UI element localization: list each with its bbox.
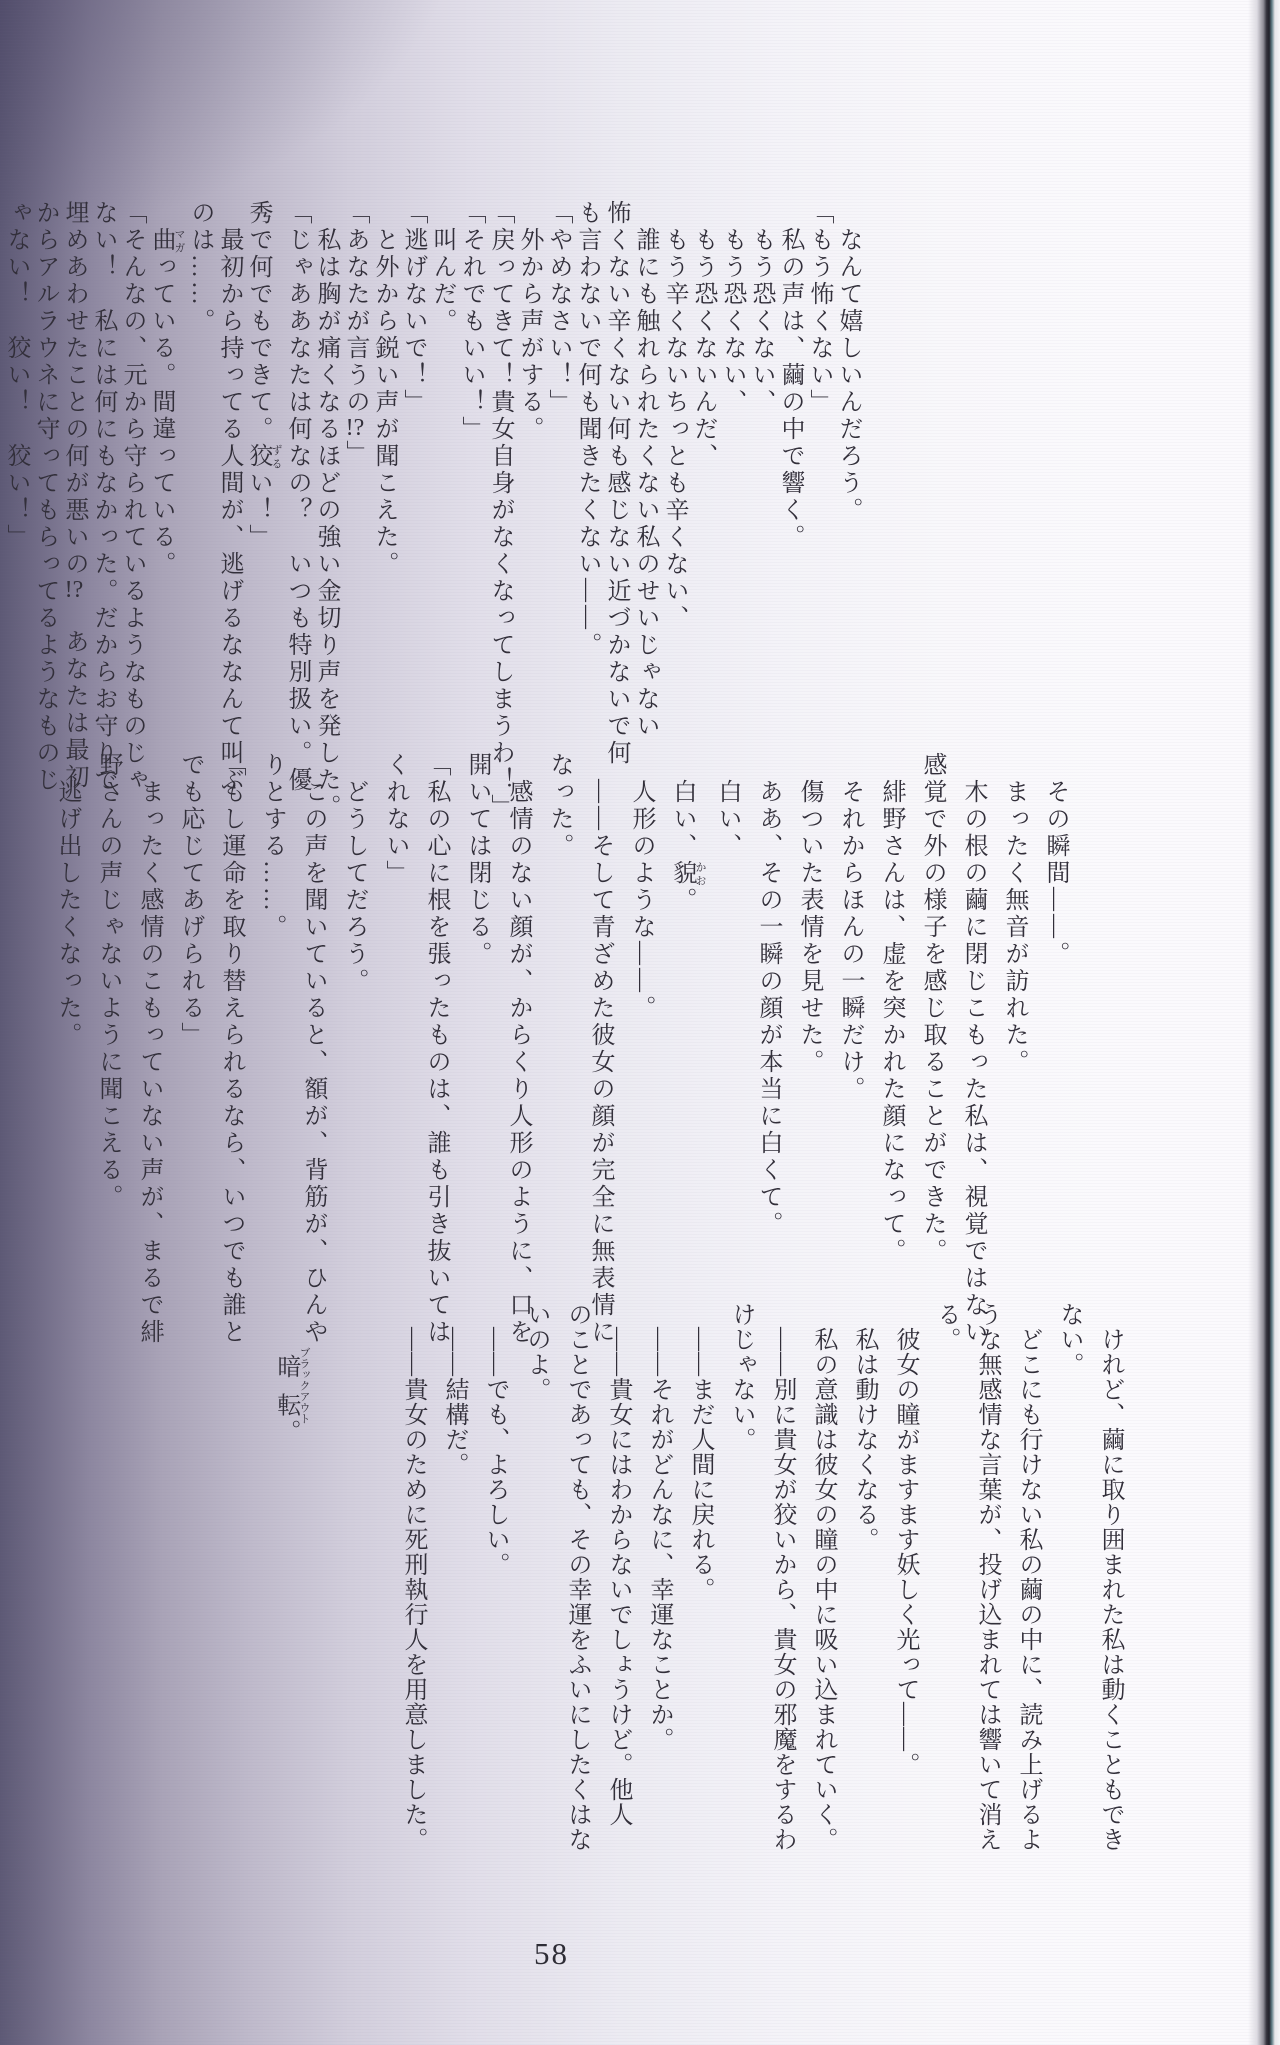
text-line: ない。 (1048, 1302, 1089, 1862)
text-line: ああ、その一瞬の顔が本当に白くて。 (747, 752, 788, 1352)
text-line: けじゃない。 (720, 1302, 761, 1862)
text-line: 私の意識は彼女の瞳の中に吸い込まれていく。 (802, 1302, 843, 1862)
text-line: ――でも、よろしい。 (474, 1302, 515, 1862)
text-line: 開いては閉じる。 (456, 752, 497, 1352)
text-line: りとする……。 (251, 752, 292, 1352)
text-line: 逃げ出したくなった。 (46, 752, 87, 1352)
text-line: る。 (925, 1302, 966, 1862)
text-line: どうしてだろう。 (333, 752, 374, 1352)
text-line: その瞬間――。 (1034, 752, 1075, 1352)
page-edge-shadow (1248, 0, 1280, 2045)
text-line (351, 1302, 392, 1862)
text-line: ――貴女のために死刑執行人を用意しました。 (392, 1302, 433, 1862)
text-line: けれど、繭に取り囲まれた私は動くこともでき (1089, 1302, 1130, 1862)
book-page: { "page": { "number": "58" }, "colors": … (0, 0, 1280, 2045)
text-line: 暗転ブラックアウト。 (265, 1302, 310, 1862)
text-line: 感情のない顔が、からくり人形のように、口を (497, 752, 538, 1352)
text-line: 「私の心に根を張ったものは、誰も引き抜いては (415, 752, 456, 1352)
text-line: うな無感情な言葉が、投げ込まれては響いて消え (966, 1302, 1007, 1862)
text-line: まったく無音が訪れた。 (993, 752, 1034, 1352)
text-line: 彼女の瞳がますます妖しく光って――。 (884, 1302, 925, 1862)
text-line: のことであっても、その幸運をふいにしたくはな (556, 1302, 597, 1862)
text-line: 野さんの声じゃないように聞こえる。 (87, 752, 128, 1352)
page-number: 58 (534, 1936, 569, 1972)
text-line: まったく感情のこもっていない声が、まるで緋 (128, 752, 169, 1352)
text-band-2: その瞬間――。 まったく無音が訪れた。 木の根の繭に閉じこもった私は、視覚ではな… (50, 752, 1075, 1352)
text-line: 人形のような――。 (620, 752, 661, 1352)
text-line: 感覚で外の様子を感じ取ることができた。 (911, 752, 952, 1352)
text-line: ――別に貴女が狡いから、貴女の邪魔をするわ (761, 1302, 802, 1862)
text-line: でも応じてあげられる」 (169, 752, 210, 1352)
text-line: 「もし運命を取り替えられるなら、いつでも誰と (210, 752, 251, 1352)
text-line: くれない」 (374, 752, 415, 1352)
text-line: ――貴女にはわからないでしょうけど。他人 (597, 1302, 638, 1862)
text-line (310, 1302, 351, 1862)
text-line: いのよ。 (515, 1302, 556, 1862)
text-band-3: けれど、繭に取り囲まれた私は動くこともできない。 どこにも行けない私の繭の中に、… (269, 1302, 1130, 1862)
text-line: 白い、貌かお。 (661, 752, 706, 1352)
text-line: ――結構だ。 (433, 1302, 474, 1862)
text-line: 木の根の繭に閉じこもった私は、視覚ではない (952, 752, 993, 1352)
text-line: この声を聞いていると、額が、背筋が、ひんや (292, 752, 333, 1352)
text-line: それからほんの一瞬だけ。 (829, 752, 870, 1352)
text-line: ゃない！ 狡い！ 狡い！」 (1, 200, 30, 868)
text-line: ――そして青ざめた彼女の顔が完全に無表情に (579, 752, 620, 1352)
text-line: ――まだ人間に戻れる。 (679, 1302, 720, 1862)
text-line: どこにも行けない私の繭の中に、読み上げるよ (1007, 1302, 1048, 1862)
text-line: 緋野さんは、虚を突かれた顔になって。 (870, 752, 911, 1352)
text-line: ――それがどんなに、幸運なことか。 (638, 1302, 679, 1862)
text-line: 私は動けなくなる。 (843, 1302, 884, 1862)
text-line: なった。 (538, 752, 579, 1352)
text-line: 白い、 (706, 752, 747, 1352)
text-line: 傷ついた表情を見せた。 (788, 752, 829, 1352)
